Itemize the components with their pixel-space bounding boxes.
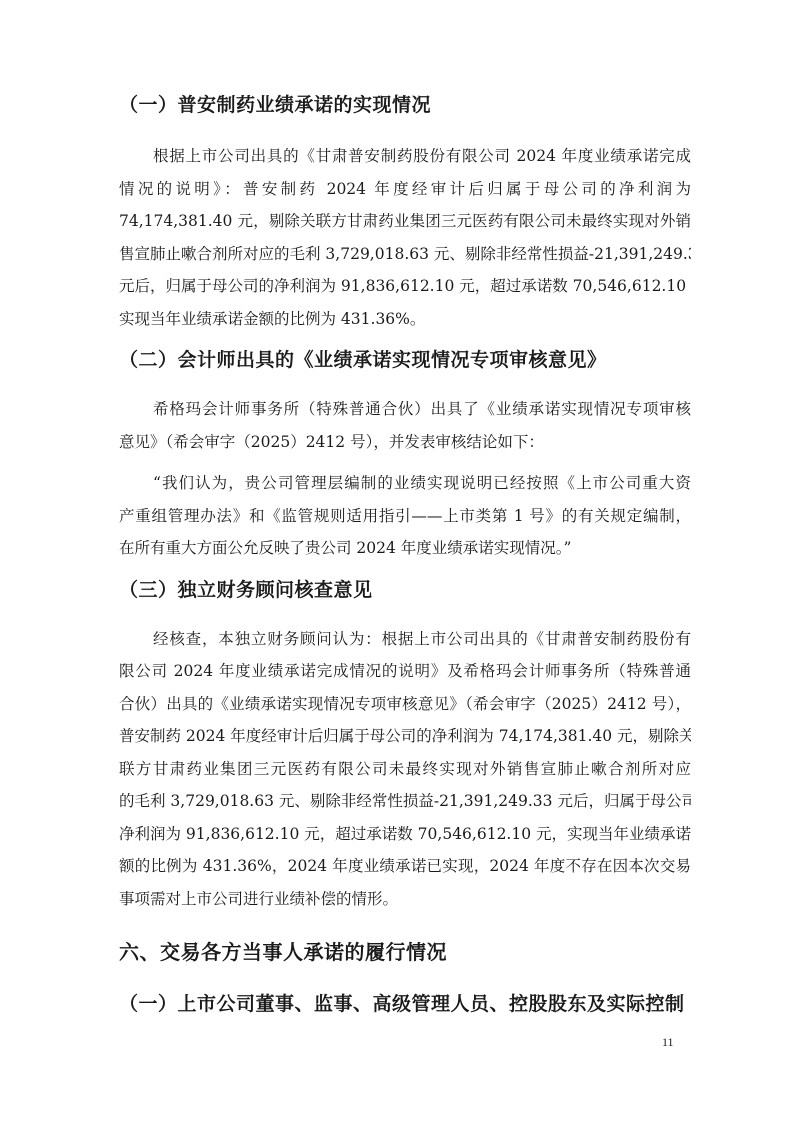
text-line: 普安制药 2024 年度经审计后归属于母公司的净利润为 74,174,381.4…	[119, 720, 691, 753]
text-line: 售宣肺止嗽合剂所对应的毛利 3,729,018.63 元、剔除非经常性损益-21…	[119, 238, 691, 271]
section-heading-1: （一）普安制药业绩承诺的实现情况	[119, 90, 691, 120]
text-line: 意见》（希会审字（2025）2412 号），并发表审核结论如下：	[119, 426, 691, 459]
text-line: 事项需对上市公司进行业绩补偿的情形。	[119, 883, 691, 916]
text-line: “我们认为，贵公司管理层编制的业绩实现说明已经按照《上市公司重大资	[119, 467, 691, 500]
text-line: 情况的说明》：普安制药 2024 年度经审计后归属于母公司的净利润为	[119, 173, 691, 206]
text-line: 限公司 2024 年度业绩承诺完成情况的说明》及希格玛会计师事务所（特殊普通	[119, 655, 691, 688]
chapter-heading: 六、交易各方当事人承诺的履行情况	[119, 937, 691, 967]
audit-quote: “我们认为，贵公司管理层编制的业绩实现说明已经按照《上市公司重大资 产重组管理办…	[119, 467, 691, 565]
text-line: 净利润为 91,836,612.10 元，超过承诺数 70,546,612.10…	[119, 818, 691, 851]
text-line: 的毛利 3,729,018.63 元、剔除非经常性损益-21,391,249.3…	[119, 785, 691, 818]
section-heading-3: （三）独立财务顾问核查意见	[119, 575, 691, 605]
text-line: 根据上市公司出具的《甘肃普安制药股份有限公司 2024 年度业绩承诺完成	[119, 140, 691, 173]
chapter-subheading: （一）上市公司董事、监事、高级管理人员、控股股东及实际控制	[119, 989, 691, 1019]
section-heading-2: （二）会计师出具的《业绩承诺实现情况专项审核意见》	[119, 345, 691, 375]
text-line: 联方甘肃药业集团三元医药有限公司未最终实现对外销售宣肺止嗽合剂所对应	[119, 753, 691, 786]
text-line: 合伙）出具的《业绩承诺实现情况专项审核意见》（希会审字（2025）2412 号）…	[119, 688, 691, 721]
paragraph-1: 根据上市公司出具的《甘肃普安制药股份有限公司 2024 年度业绩承诺完成 情况的…	[119, 140, 691, 335]
page-number: 11	[662, 1035, 674, 1050]
text-line: 额的比例为 431.36%，2024 年度业绩承诺已实现，2024 年度不存在因…	[119, 850, 691, 883]
text-line: 在所有重大方面公允反映了贵公司 2024 年度业绩承诺实现情况。”	[119, 532, 691, 565]
text-line: 产重组管理办法》和《监管规则适用指引——上市类第 1 号》的有关规定编制，	[119, 500, 691, 533]
document-page: （一）普安制药业绩承诺的实现情况 根据上市公司出具的《甘肃普安制药股份有限公司 …	[119, 88, 691, 1019]
text-line: 经核查，本独立财务顾问认为：根据上市公司出具的《甘肃普安制药股份有	[119, 623, 691, 656]
paragraph-3: 经核查，本独立财务顾问认为：根据上市公司出具的《甘肃普安制药股份有 限公司 20…	[119, 623, 691, 916]
paragraph-2: 希格玛会计师事务所（特殊普通合伙）出具了《业绩承诺实现情况专项审核 意见》（希会…	[119, 393, 691, 458]
text-line: 实现当年业绩承诺金额的比例为 431.36%。	[119, 303, 691, 336]
text-line: 74,174,381.40 元，剔除关联方甘肃药业集团三元医药有限公司未最终实现…	[119, 205, 691, 238]
text-line: 元后，归属于母公司的净利润为 91,836,612.10 元，超过承诺数 70,…	[119, 270, 691, 303]
text-line: 希格玛会计师事务所（特殊普通合伙）出具了《业绩承诺实现情况专项审核	[119, 393, 691, 426]
